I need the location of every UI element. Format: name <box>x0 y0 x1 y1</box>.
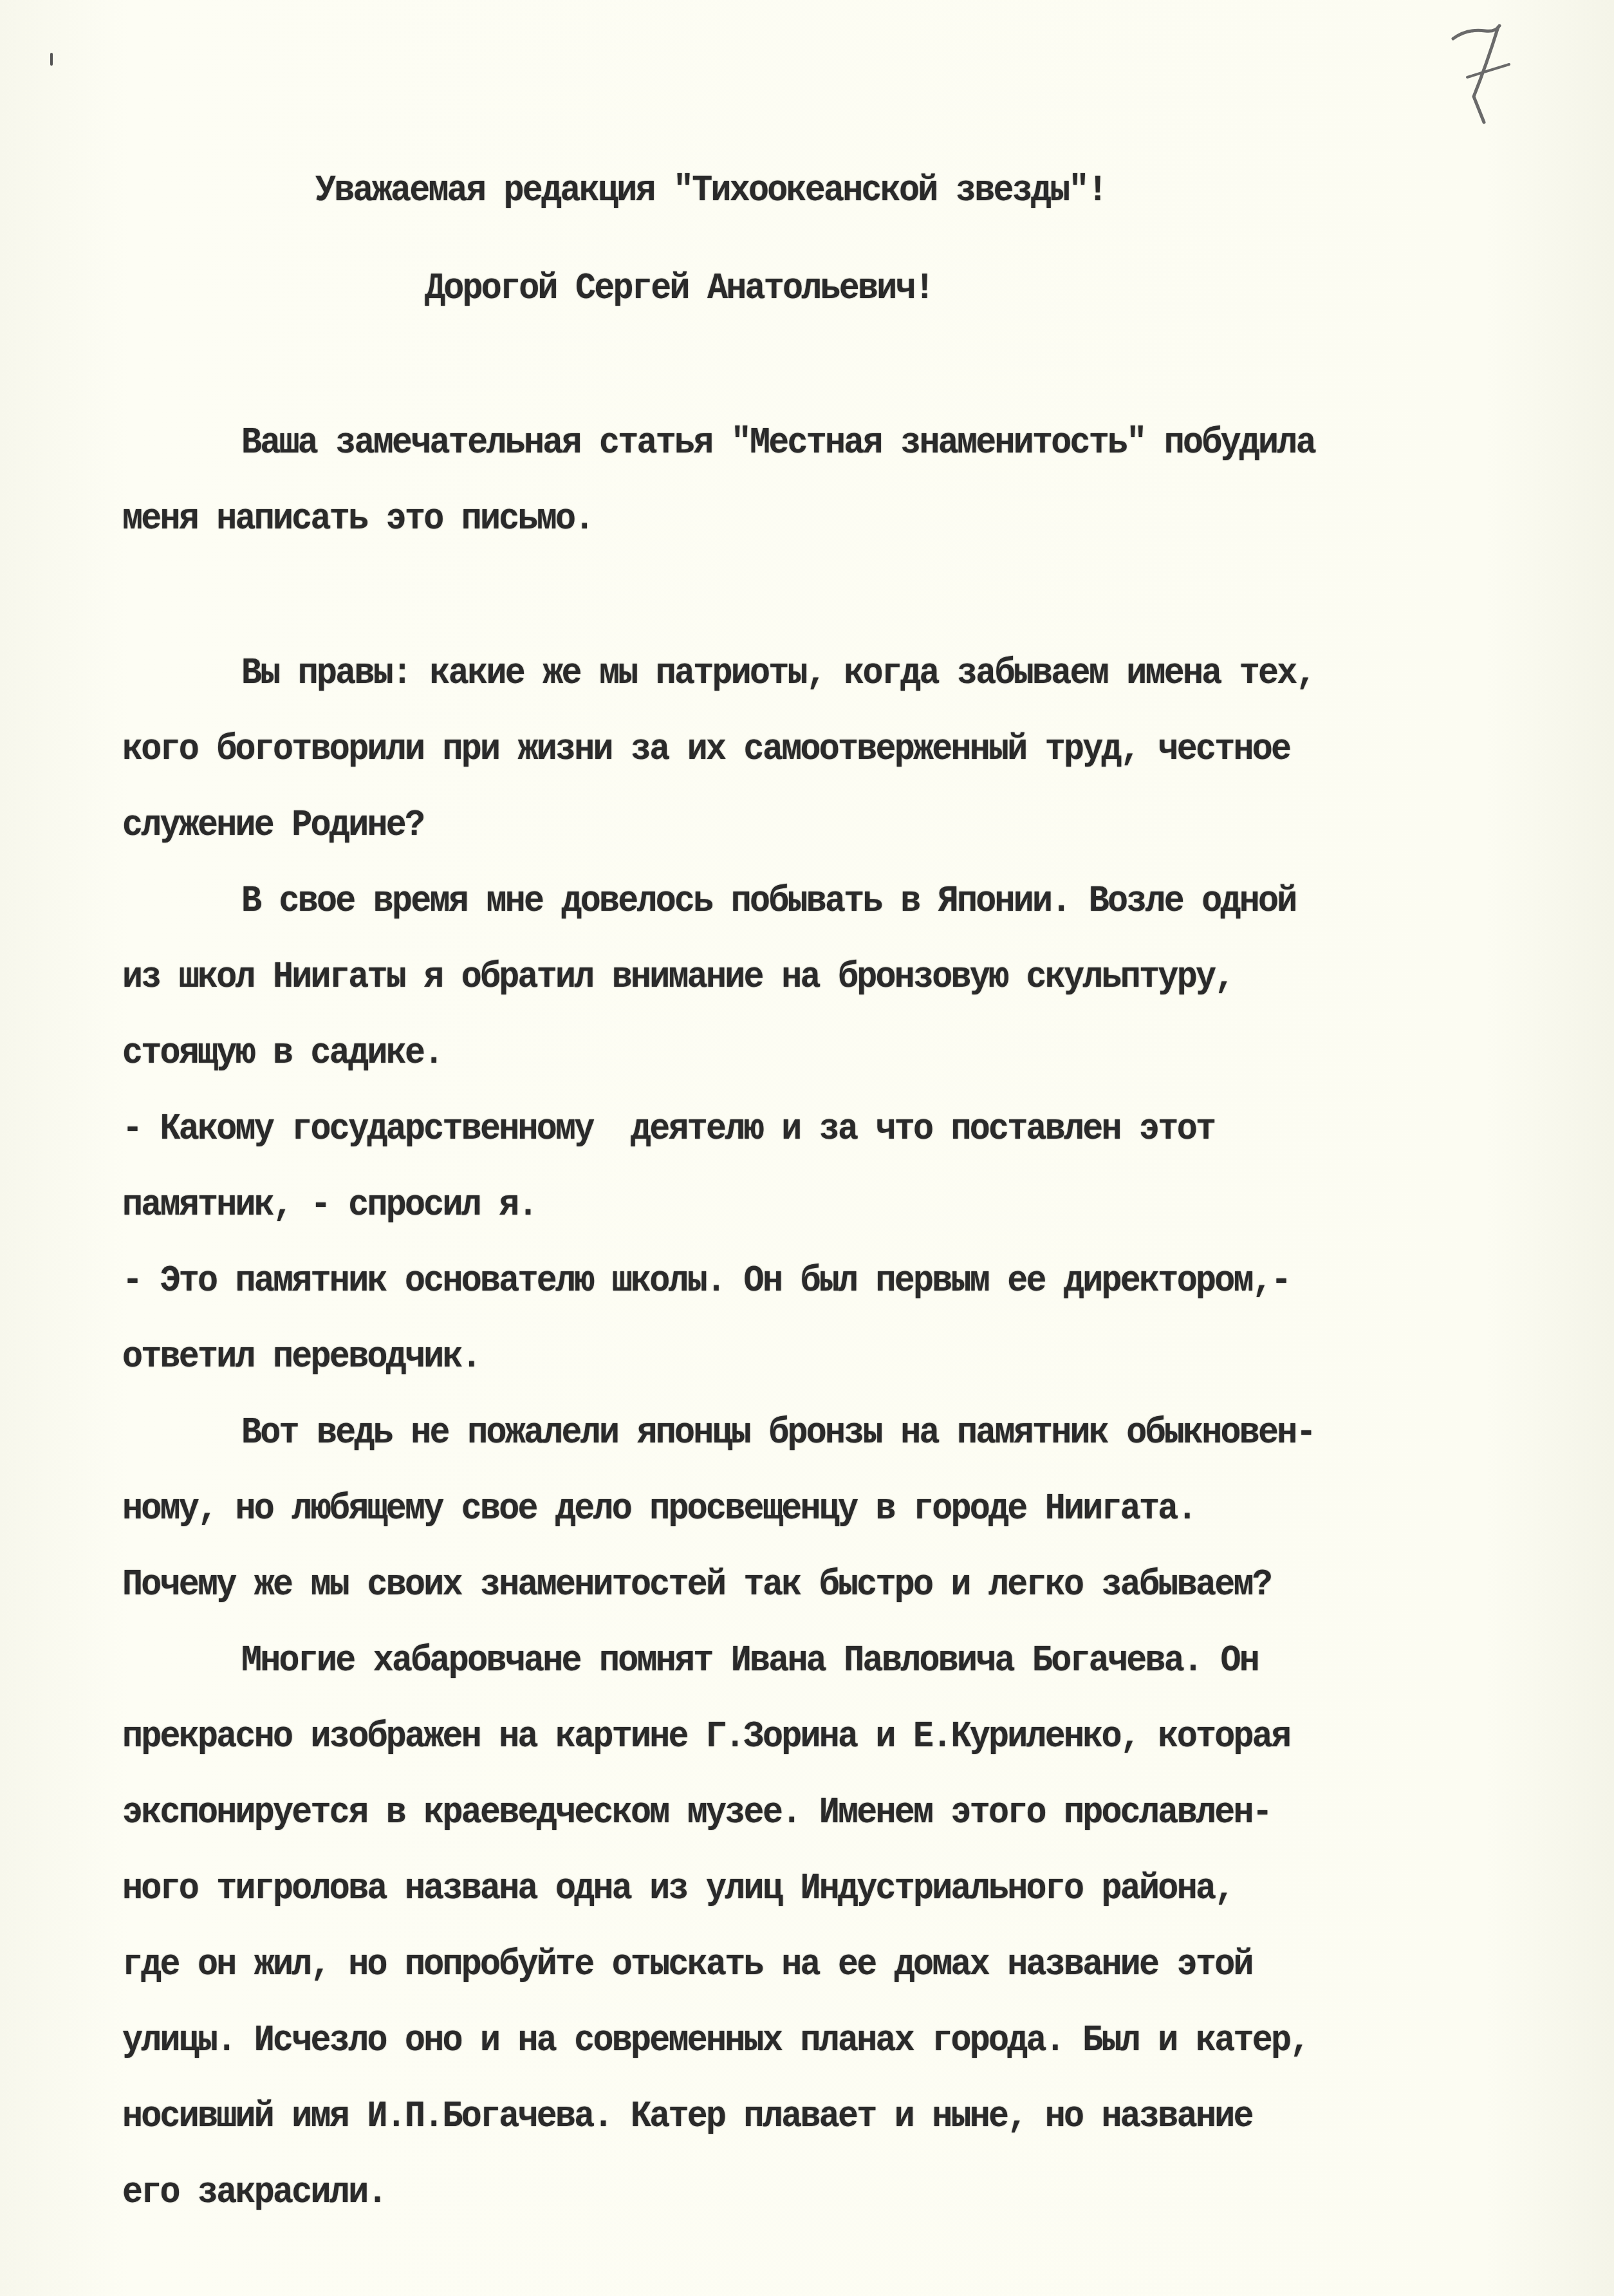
text-line: Многие хабаровчане помнят Ивана Павлович… <box>241 1643 1258 1680</box>
text-line: ному, но любящему свое дело просвещенцу … <box>122 1491 1196 1528</box>
text-line: носивший имя И.П.Богачева. Катер плавает… <box>122 2098 1252 2136</box>
text-line: Почему же мы своих знаменитостей так быс… <box>122 1567 1271 1604</box>
text-line: улицы. Исчезло оно и на современных план… <box>122 2022 1308 2060</box>
text-line: памятник, - спросил я. <box>122 1187 537 1224</box>
scan-mark <box>50 53 53 66</box>
text-line: прекрасно изображен на картине Г.Зорина … <box>122 1719 1290 1756</box>
text-line: кого боготворили при жизни за их самоотв… <box>122 731 1290 769</box>
salutation-person: Дорогой Сергей Анатольевич! <box>425 270 933 308</box>
letter-page: Уважаемая редакция "Тихоокеанской звезды… <box>0 0 1614 2296</box>
text-line: из школ Ниигаты я обратил внимание на бр… <box>122 959 1233 996</box>
text-line: - Какому государственному деятелю и за ч… <box>122 1111 1214 1148</box>
text-line: - Это памятник основателю школы. Он был … <box>122 1263 1290 1300</box>
text-line: меня написать это письмо. <box>122 501 593 538</box>
text-line: где он жил, но попробуйте отыскать на ее… <box>122 1946 1252 1984</box>
text-line: Вы правы: какие же мы патриоты, когда за… <box>241 655 1315 693</box>
text-line: экспонируется в краеведческом музее. Име… <box>122 1795 1271 1832</box>
handwritten-page-number <box>1448 19 1519 129</box>
text-line: служение Родине? <box>122 807 423 845</box>
salutation-editorial: Уважаемая редакция "Тихоокеанской звезды… <box>315 173 1106 210</box>
text-line: В свое время мне довелось побывать в Япо… <box>241 883 1296 920</box>
text-line: его закрасили. <box>122 2174 386 2212</box>
text-line: Вот ведь не пожалели японцы бронзы на па… <box>241 1415 1315 1452</box>
text-line: стоящую в садике. <box>122 1035 442 1072</box>
text-line: ответил переводчик. <box>122 1339 480 1376</box>
text-line: Ваша замечательная статья "Местная знаме… <box>241 425 1315 462</box>
text-line: ного тигролова названа одна из улиц Инду… <box>122 1871 1233 1908</box>
